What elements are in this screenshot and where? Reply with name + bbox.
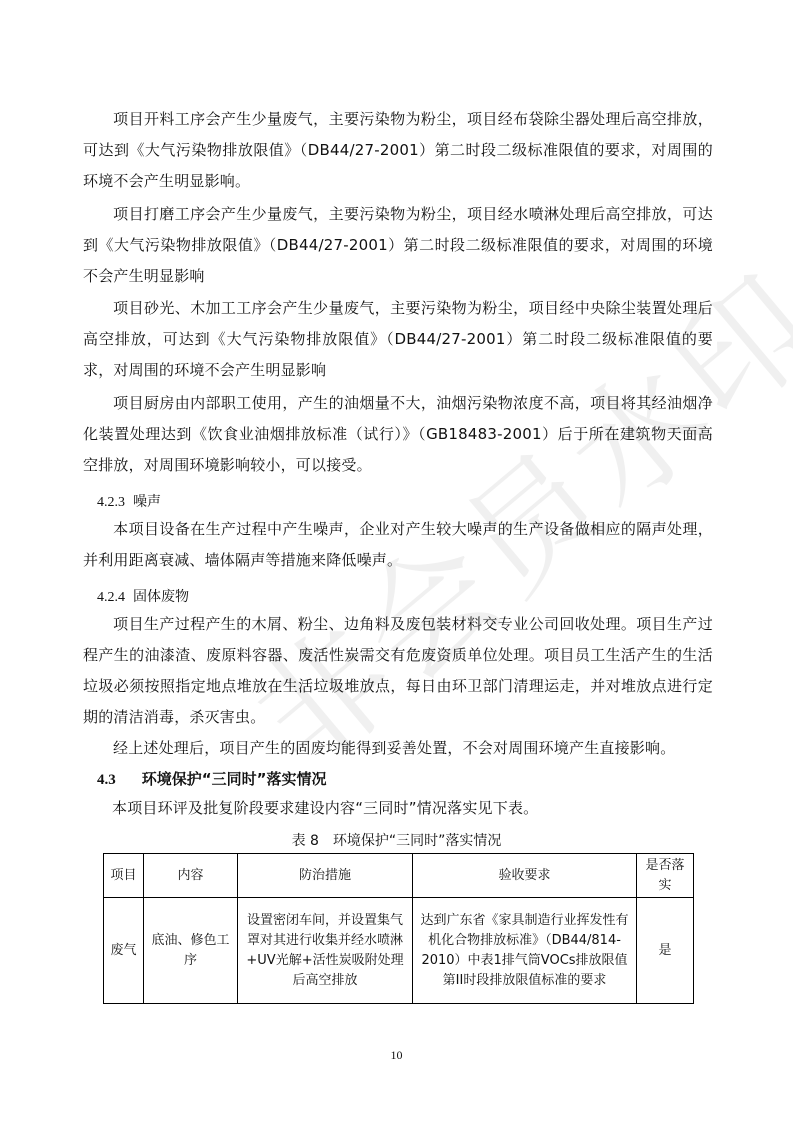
- paragraph-cutting-dust: 项目开料工序会产生少量废气，主要污染物为粉尘，项目经布袋除尘器处理后高空排放，可…: [83, 104, 713, 197]
- header-acceptance: 验收要求: [413, 854, 637, 898]
- heading-noise: 4.2.3噪声: [97, 492, 161, 513]
- page-number: 10: [0, 1048, 793, 1063]
- cell-acceptance: 达到广东省《家具制造行业挥发性有机化合物排放标准》（DB44/814-2010）…: [413, 898, 637, 1004]
- header-item: 项目: [104, 854, 144, 898]
- header-measures: 防治措施: [238, 854, 413, 898]
- paragraph-woodworking-dust: 项目砂光、木加工工序会产生少量废气，主要污染物为粉尘，项目经中央除尘装置处理后高…: [83, 293, 713, 386]
- paragraph-solid-waste-conclusion: 经上述处理后，项目产生的固废均能得到妥善处置，不会对周围环境产生直接影响。: [83, 733, 713, 764]
- cell-item: 废气: [104, 898, 144, 1004]
- cell-measures: 设置密闭车间，并设置集气罩对其进行收集并经水喷淋+UV光解+活性炭吸附处理后高空…: [238, 898, 413, 1004]
- table-row: 废气 底油、修色工序 设置密闭车间，并设置集气罩对其进行收集并经水喷淋+UV光解…: [104, 898, 694, 1004]
- header-content: 内容: [144, 854, 238, 898]
- header-implemented: 是否落实: [637, 854, 694, 898]
- heading-solid-waste: 4.2.4固体废物: [97, 587, 189, 608]
- three-simultaneous-table: 项目 内容 防治措施 验收要求 是否落实 废气 底油、修色工序 设置密闭车间，并…: [103, 853, 694, 1004]
- table-header-row: 项目 内容 防治措施 验收要求 是否落实: [104, 854, 694, 898]
- cell-implemented: 是: [637, 898, 694, 1004]
- paragraph-table-intro: 本项目环评及批复阶段要求建设内容“三同时”情况落实见下表。: [112, 793, 712, 824]
- paragraph-sanding-dust: 项目打磨工序会产生少量废气，主要污染物为粉尘，项目经水喷淋处理后高空排放，可达到…: [83, 199, 713, 292]
- paragraph-kitchen-fumes: 项目厨房由内部职工使用，产生的油烟量不大，油烟污染物浓度不高，项目将其经油烟净化…: [83, 388, 713, 481]
- paragraph-noise: 本项目设备在生产过程中产生噪声，企业对产生较大噪声的生产设备做相应的隔声处理，并…: [83, 514, 713, 576]
- document-page: 非会员水印 项目开料工序会产生少量废气，主要污染物为粉尘，项目经布袋除尘器处理后…: [0, 0, 793, 1122]
- paragraph-solid-waste: 项目生产过程产生的木屑、粉尘、边角料及废包装材料交专业公司回收处理。项目生产过程…: [83, 609, 713, 733]
- table-caption: 表 8 环境保护“三同时”落实情况: [0, 830, 793, 850]
- heading-three-simultaneous: 4.3环境保护“三同时”落实情况: [97, 768, 326, 791]
- cell-content: 底油、修色工序: [144, 898, 238, 1004]
